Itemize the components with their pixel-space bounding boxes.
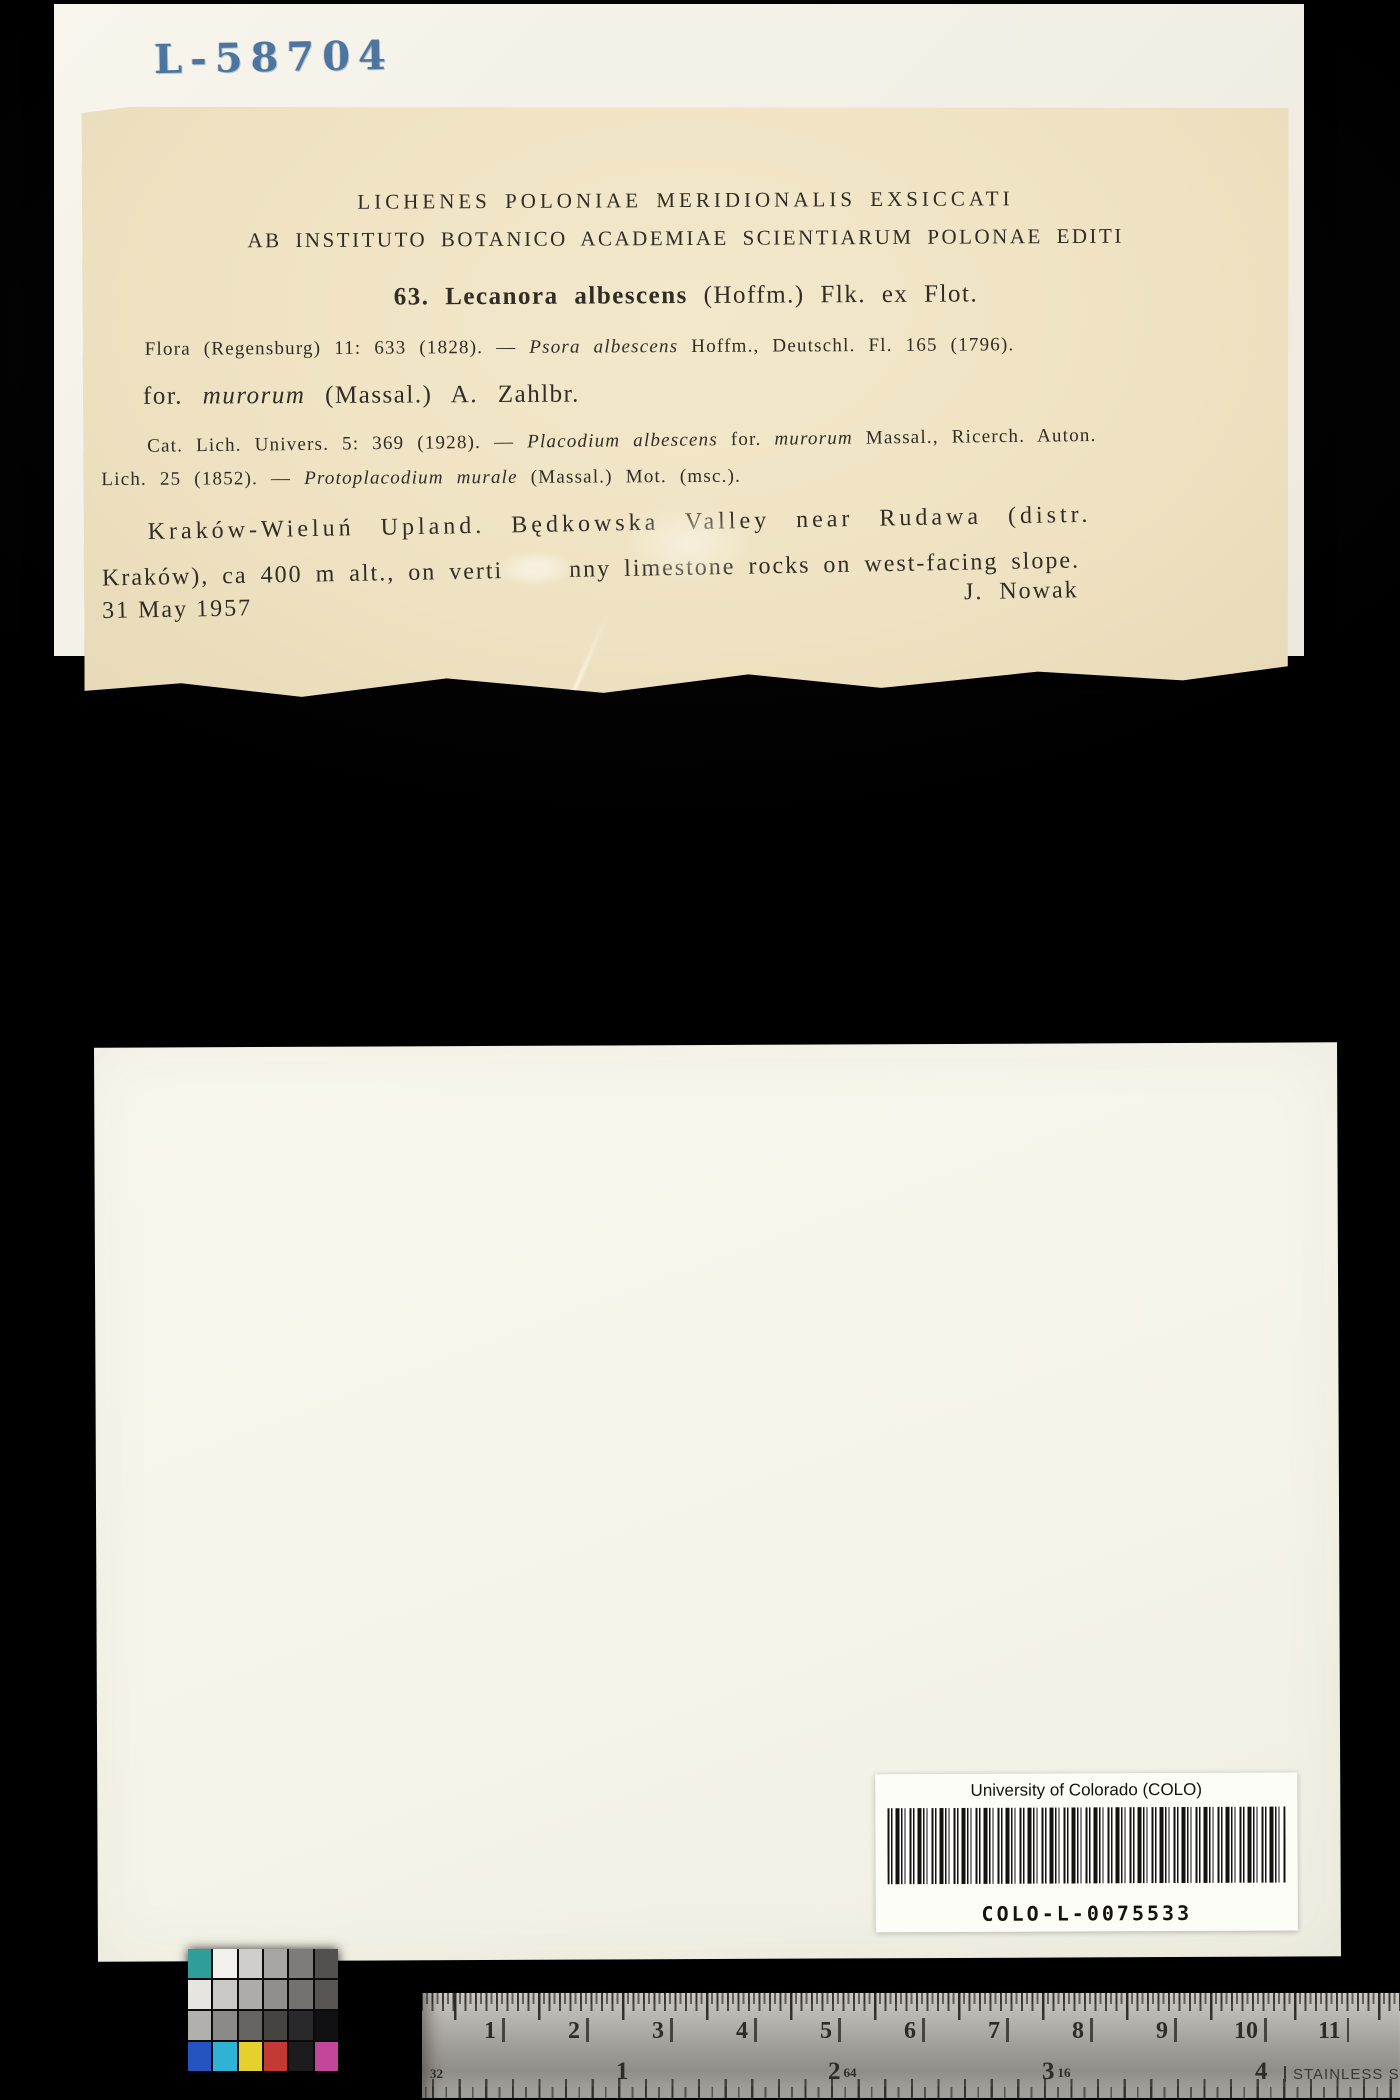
ruler-ticks-sixteenths (422, 1993, 1400, 2004)
label-institution-line: AB INSTITUTO BOTANICO ACADEMIAE SCIENTIA… (82, 223, 1289, 254)
color-patch (239, 1980, 262, 2009)
barcode-bars (887, 1807, 1285, 1885)
ruler-inch-number: 7 (988, 2018, 1009, 2045)
color-patch (315, 1980, 338, 2009)
taxon-authority: (Hoffm.) Flk. ex Flot. (688, 280, 978, 309)
ruler-bottom-number: 4 (1255, 2058, 1271, 2086)
ruler-fraction-label: 32 (430, 2066, 443, 2082)
color-patch (213, 2011, 236, 2040)
locality-line-2: Kraków), ca 400 m alt., on vertinny lime… (102, 542, 1081, 594)
ruler-brand-text: STAINLESS ST (1284, 2066, 1400, 2083)
citation-line-2b: Lich. 25 (1852). — Protoplacodium murale… (101, 466, 741, 491)
color-patch (213, 1949, 236, 1978)
paper-crease (571, 609, 611, 693)
paper-damage-smudge (497, 551, 576, 586)
color-patch (188, 2042, 211, 2071)
ruler-ticks-bottom-coarse (422, 2079, 1400, 2098)
ruler-bottom-number: 1 (616, 2058, 632, 2086)
ruler-inch-number: 1 (484, 2018, 505, 2045)
ruler-inch-number: 9 (1156, 2018, 1177, 2045)
ruler-inch-number: 11 (1318, 2018, 1349, 2045)
institution-text: University of Colorado (COLO) (875, 1779, 1297, 1801)
locality-line-1: Kraków-Wieluń Upland. Będkowska Valley n… (147, 502, 1091, 546)
color-patch (188, 1980, 211, 2009)
color-patch (264, 2011, 287, 2040)
color-patch (289, 1980, 312, 2009)
citation-line-2a: Cat. Lich. Univers. 5: 369 (1928). — Pla… (147, 425, 1096, 458)
color-calibration-target (188, 1949, 338, 2071)
color-patch (213, 1980, 236, 2009)
barcode-sticker: University of Colorado (COLO) COLO-L-007… (875, 1772, 1298, 1932)
color-patch (239, 2011, 262, 2040)
ruler-inch-number: 4 (736, 2018, 757, 2045)
ruler-ticks-eighths (422, 1993, 1400, 2011)
color-patch (289, 2042, 312, 2071)
color-patch (213, 2042, 236, 2071)
forma-line: for. murorum (Massal.) A. Zahlbr. (143, 381, 580, 411)
color-patch (315, 2042, 338, 2071)
color-patch (239, 1949, 262, 1978)
bottom-packet-card: University of Colorado (COLO) COLO-L-007… (94, 1042, 1341, 1961)
ruler-bottom-number: 264 (828, 2058, 857, 2086)
ruler-inch-number: 6 (904, 2018, 925, 2045)
specimen-photograph: L-58704 LICHENES POLONIAE MERIDIONALIS E… (0, 0, 1400, 2100)
color-patch (264, 2042, 287, 2071)
color-patch (315, 2011, 338, 2040)
scale-ruler: 1 2 3 4 5 6 7 8 9 10 11 32 1 264 316 4 S… (422, 1993, 1400, 2098)
ruler-inch-number: 3 (652, 2018, 673, 2045)
color-patch (264, 1949, 287, 1978)
ruler-inch-number: 8 (1072, 2018, 1093, 2045)
color-patch (264, 1980, 287, 2009)
color-patch (239, 2042, 262, 2071)
specimen-label: LICHENES POLONIAE MERIDIONALIS EXSICCATI… (81, 101, 1291, 699)
barcode-number: COLO-L-0075533 (876, 1900, 1298, 1926)
ruler-inch-number: 5 (820, 2018, 841, 2045)
color-patch (188, 2011, 211, 2040)
color-patch (289, 1949, 312, 1978)
ruler-inch-number: 2 (568, 2018, 589, 2045)
collector-name: J. Nowak (964, 577, 1079, 606)
ruler-ticks-inch (422, 1993, 1400, 2020)
ruler-bottom-number: 316 (1042, 2058, 1071, 2086)
color-patch (315, 1949, 338, 1978)
citation-line-1: Flora (Regensburg) 11: 633 (1828). — Pso… (145, 334, 1015, 361)
collection-date: 31 May 1957 (102, 595, 252, 625)
synonym-italic: Psora albescens (529, 336, 678, 358)
color-patch (188, 1949, 211, 1978)
taxon-title-line: 63. Lecanora albescens (Hoffm.) Flk. ex … (82, 279, 1289, 313)
color-patch (289, 2011, 312, 2040)
forma-epithet-italic: murorum (203, 382, 306, 410)
taxon-name-bold: 63. Lecanora albescens (394, 282, 688, 311)
ruler-inch-number: 10 (1234, 2018, 1267, 2045)
ruler-ticks-bottom-fine (422, 2087, 1400, 2098)
accession-number-stamp: L-58704 (154, 32, 395, 83)
label-series-title: LICHENES POLONIAE MERIDIONALIS EXSICCATI (82, 185, 1289, 216)
